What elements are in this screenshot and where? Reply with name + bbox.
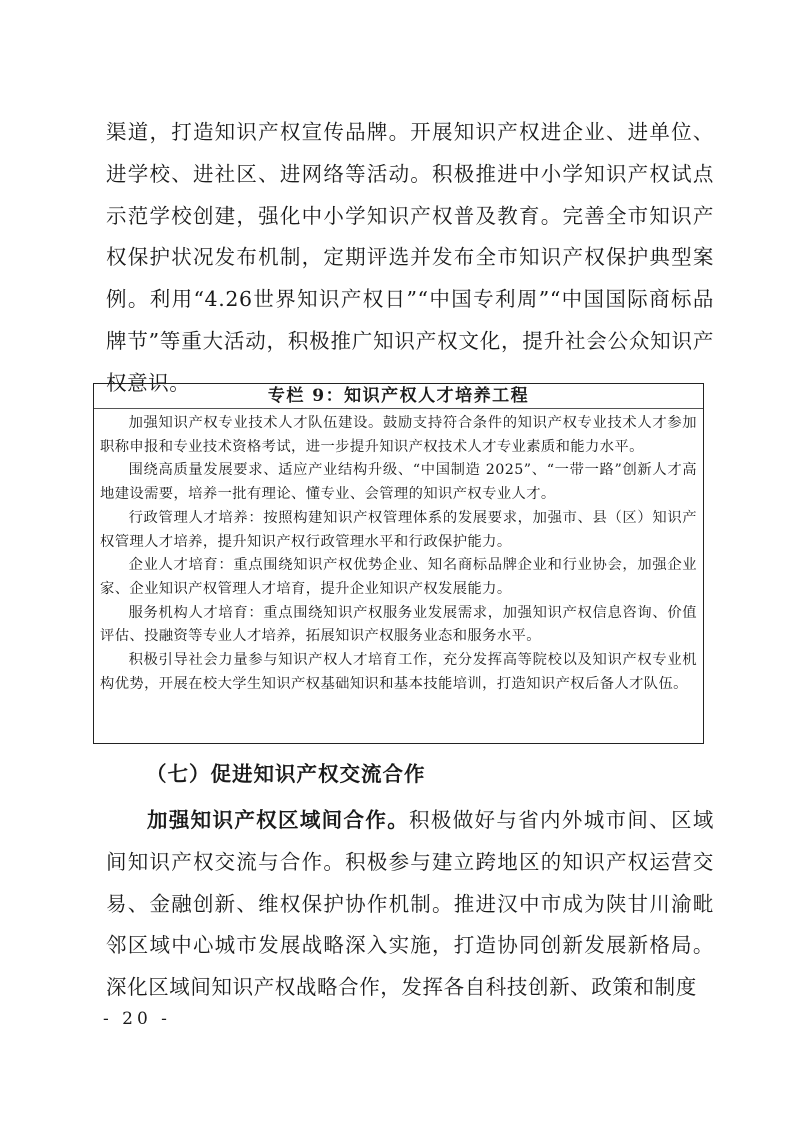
column-box-paragraph: 服务机构人才培育：重点围绕知识产权服务业发展需求，加强知识产权信息咨询、价值评估… <box>100 602 697 649</box>
document-page: 渠道，打造知识产权宣传品牌。开展知识产权进企业、进单位、进学校、进社区、进网络等… <box>0 0 793 1122</box>
page-number: - 20 - <box>103 1009 171 1029</box>
column-box-paragraph: 行政管理人才培养：按照构建知识产权管理体系的发展要求，加强市、县（区）知识产权管… <box>100 507 697 554</box>
section-body-text: 积极做好与省内外城市间、区域间知识产权交流与合作。积极参与建立跨地区的知识产权运… <box>106 808 714 999</box>
column-box-title: 专栏 9：知识产权人才培养工程 <box>94 384 703 409</box>
column-box-paragraph: 企业人才培育：重点围绕知识产权优势企业、知名商标品牌企业和行业协会，加强企业家、… <box>100 554 697 601</box>
column-box-paragraph: 加强知识产权专业技术人才队伍建设。鼓励支持符合条件的知识产权专业技术人才参加职称… <box>100 412 697 459</box>
lead-sentence: 加强知识产权区域间合作。 <box>147 808 409 832</box>
intro-paragraph: 渠道，打造知识产权宣传品牌。开展知识产权进企业、进单位、进学校、进社区、进网络等… <box>106 112 714 405</box>
column-box: 专栏 9：知识产权人才培养工程 加强知识产权专业技术人才队伍建设。鼓励支持符合条… <box>93 383 704 744</box>
column-box-paragraph: 围绕高质量发展要求、适应产业结构升级、“中国制造 2025”、“一带一路”创新人… <box>100 459 697 506</box>
column-box-body: 加强知识产权专业技术人才队伍建设。鼓励支持符合条件的知识产权专业技术人才参加职称… <box>94 409 703 696</box>
column-box-paragraph: 积极引导社会力量参与知识产权人才培育工作，充分发挥高等院校以及知识产权专业机构优… <box>100 649 697 696</box>
section-paragraph: 加强知识产权区域间合作。积极做好与省内外城市间、区域间知识产权交流与合作。积极参… <box>106 800 714 1009</box>
section-heading: （七）促进知识产权交流合作 <box>146 757 426 791</box>
